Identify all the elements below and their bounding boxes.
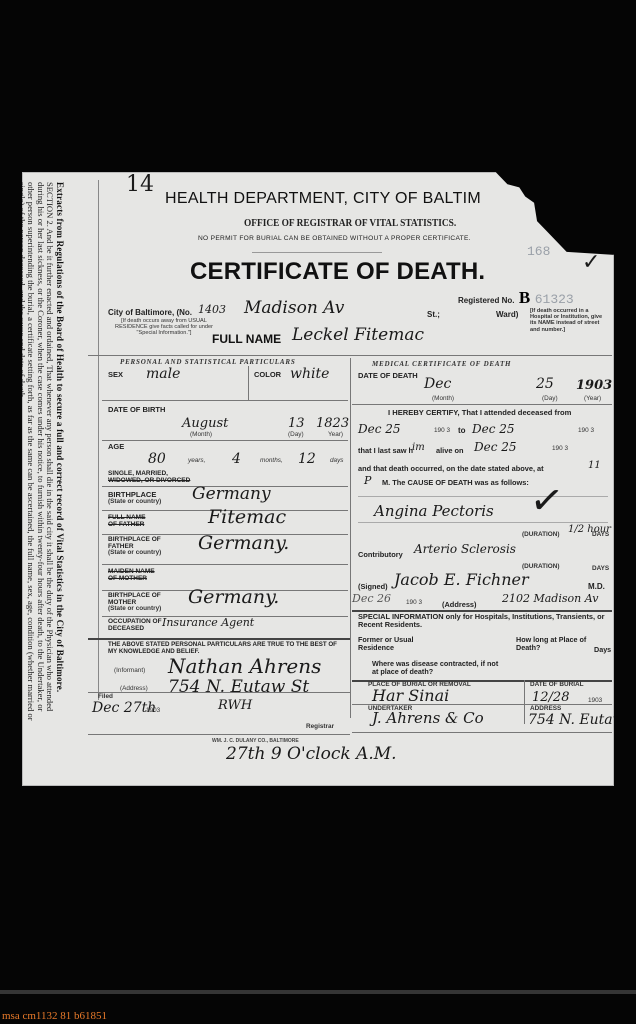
dob-month: August bbox=[182, 416, 228, 431]
father-label: FULL NAME OF FATHER bbox=[108, 514, 156, 528]
special-info-title: SPECIAL INFORMATION only for Hospitals, … bbox=[358, 613, 608, 629]
row-rule bbox=[88, 638, 350, 640]
dob-label: DATE OF BIRTH bbox=[108, 405, 165, 414]
row-rule bbox=[352, 732, 612, 733]
alive-on-label: alive on bbox=[436, 446, 464, 455]
age-label: AGE bbox=[108, 442, 124, 451]
physician-signature: Jacob E. Fichner bbox=[394, 570, 529, 589]
signed-label: (Signed) bbox=[358, 582, 388, 591]
md-label: M.D. bbox=[588, 582, 605, 591]
state-caption: (State or country) bbox=[108, 550, 168, 557]
sex-value: male bbox=[146, 366, 180, 382]
alive-year: 190 3 bbox=[552, 446, 568, 453]
medical-section-title: MEDICAL CERTIFICATE OF DEATH bbox=[372, 360, 511, 368]
birthplace-value: Germany bbox=[192, 484, 271, 504]
sex-label: SEX bbox=[108, 370, 123, 379]
filed-year: 1903 bbox=[146, 708, 160, 715]
former-residence-label: Former or Usual Residence bbox=[358, 636, 428, 652]
burial-date: 12/28 bbox=[532, 690, 569, 705]
dob-day: 13 bbox=[288, 416, 305, 431]
certify-text: I HEREBY CERTIFY, That I attended deceas… bbox=[388, 408, 571, 417]
day-caption: (Day) bbox=[542, 396, 558, 403]
death-certificate: Extracts from Regulations of the Board o… bbox=[22, 172, 614, 786]
attended-to-date: Dec 25 bbox=[472, 422, 515, 436]
burial-date-label: DATE OF BURIAL bbox=[530, 682, 584, 689]
cause-line bbox=[358, 496, 608, 497]
dod-month: Dec bbox=[424, 376, 451, 392]
away-note: [If death occurs away from USUAL RESIDEN… bbox=[114, 318, 214, 337]
day-caption: (Day) bbox=[288, 432, 304, 439]
archive-caption: msa cm1132 81 b61851 bbox=[2, 1010, 107, 1022]
attended-from-date: Dec 25 bbox=[358, 422, 401, 436]
regulations-title: Extracts from Regulations of the Board o… bbox=[54, 182, 64, 722]
state-caption: (State or country) bbox=[108, 606, 168, 613]
how-long-days: Days bbox=[594, 645, 611, 654]
occupation-value: Insurance Agent bbox=[162, 616, 254, 629]
row-rule bbox=[102, 564, 348, 565]
hospital-note: [If death occurred in a Hospital or Inst… bbox=[530, 308, 610, 333]
undertaker-name: J. Ahrens & Co bbox=[372, 709, 484, 727]
father-birthplace: Germany. bbox=[198, 532, 289, 554]
color-value: white bbox=[290, 366, 329, 382]
regulations-body: SECTION 2. And be it further enacted and… bbox=[16, 182, 54, 722]
duration-label: (DURATION) bbox=[522, 532, 560, 539]
office-heading: OFFICE OF REGISTRAR OF VITAL STATISTICS. bbox=[244, 217, 456, 229]
street: Madison Av bbox=[244, 298, 344, 318]
attended-from-year: 190 3 bbox=[434, 428, 450, 435]
last-saw-label: that I last saw h bbox=[358, 446, 413, 455]
cause-line bbox=[358, 522, 608, 523]
dod-day: 25 bbox=[536, 376, 554, 392]
ward-label: Ward) bbox=[496, 310, 518, 319]
dod-year: 1903 bbox=[576, 378, 612, 393]
birthplace-label: BIRTHPLACE (State or country) bbox=[108, 490, 161, 506]
corner-mark: 14 bbox=[126, 172, 154, 197]
city-label: City of Baltimore, (No. bbox=[108, 308, 192, 317]
occurred-label: and that death occurred, on the date sta… bbox=[358, 464, 544, 473]
occupation-label: OCCUPATION OF DECEASED bbox=[108, 618, 168, 632]
informant-name: Nathan Ahrens bbox=[168, 654, 321, 678]
undertaker-address: 754 N. Eutaw bbox=[528, 712, 625, 728]
full-name: Leckel Fitemac bbox=[292, 325, 424, 345]
how-long-label: How long at Place of Death? bbox=[516, 636, 596, 652]
marital-line2: WIDOWED, OR DIVORCED bbox=[108, 477, 190, 484]
row-rule bbox=[88, 734, 350, 735]
death-hour: 11 bbox=[588, 460, 601, 471]
to-label: to bbox=[458, 426, 466, 435]
mother-birthplace: Germany. bbox=[188, 586, 279, 608]
sidebar-divider bbox=[98, 180, 99, 700]
death-meridian: P bbox=[364, 474, 371, 487]
alive-date: Dec 25 bbox=[474, 440, 517, 454]
dob-year: 1823 bbox=[316, 416, 349, 431]
marital-label: SINGLE, MARRIED, WIDOWED, OR DIVORCED bbox=[108, 470, 190, 484]
burial-notice: NO PERMIT FOR BURIAL CAN BE OBTAINED WIT… bbox=[198, 235, 471, 242]
certificate-title: CERTIFICATE OF DEATH. bbox=[190, 258, 485, 286]
attended-to-year: 190 3 bbox=[578, 428, 594, 435]
large-check-mark: ✓ bbox=[527, 476, 567, 526]
duration-days-label: DAYS bbox=[592, 532, 609, 539]
mother-bp-caption: BIRTHPLACE OF MOTHER bbox=[108, 592, 168, 606]
cause-label: M. The CAUSE OF DEATH was as follows: bbox=[382, 478, 529, 487]
registered-number: Registered No. B 61323 bbox=[458, 288, 574, 308]
physician-address: 2102 Madison Av bbox=[502, 592, 598, 605]
department-heading: HEALTH DEPARTMENT, CITY OF BALTIM bbox=[165, 190, 481, 208]
age-days: 12 bbox=[298, 451, 316, 467]
row-rule bbox=[88, 692, 350, 693]
father-birthplace-label: BIRTHPLACE OF FATHER (State or country) bbox=[108, 536, 168, 557]
father-name: Fitemac bbox=[208, 506, 286, 528]
year-caption: Year) bbox=[328, 432, 343, 439]
address-label-placeholder: (Address) bbox=[442, 600, 477, 609]
contracted-label: Where was disease contracted, if not at … bbox=[372, 660, 502, 676]
stamp-number: 168 bbox=[527, 244, 550, 259]
duration-days-label-2: DAYS bbox=[592, 566, 609, 573]
header-rule bbox=[252, 252, 382, 253]
informant-address: 754 N. Eutaw St bbox=[168, 677, 309, 697]
contributory-cause: Arterio Sclerosis bbox=[414, 542, 516, 556]
marital-line1: SINGLE, MARRIED, bbox=[108, 470, 190, 477]
handwritten-annotation: 27th 9 O'clock A.M. bbox=[226, 744, 397, 764]
row-rule bbox=[352, 404, 612, 405]
age-years: 80 bbox=[148, 451, 166, 467]
father-bp-caption: BIRTHPLACE OF FATHER bbox=[108, 536, 168, 550]
signed-date: Dec 26 bbox=[352, 592, 391, 605]
month-caption: (Month) bbox=[190, 432, 212, 439]
mother-birthplace-label: BIRTHPLACE OF MOTHER (State or country) bbox=[108, 592, 168, 613]
dod-label: DATE OF DEATH bbox=[358, 371, 418, 380]
full-name-label: FULL NAME bbox=[212, 332, 281, 346]
year-caption: (Year) bbox=[584, 396, 601, 403]
registrar-initials: RWH bbox=[218, 698, 252, 713]
sex-color-divider bbox=[248, 366, 249, 400]
state-caption: (State or country) bbox=[108, 499, 161, 506]
years-caption: years, bbox=[188, 458, 205, 465]
informant-label: (Informant) bbox=[114, 668, 145, 675]
months-caption: months, bbox=[260, 458, 283, 465]
signed-year: 190 3 bbox=[406, 600, 422, 607]
contributory-label: Contributory bbox=[358, 550, 403, 559]
street-label: St.; bbox=[427, 310, 440, 319]
burial-place: Har Sinai bbox=[372, 686, 449, 705]
film-edge bbox=[0, 990, 636, 994]
days-caption: days bbox=[330, 458, 344, 465]
age-months: 4 bbox=[232, 451, 241, 467]
section-rule bbox=[88, 355, 612, 356]
cause-of-death: Angina Pectoris bbox=[374, 502, 494, 520]
registrar-label: Registrar bbox=[306, 724, 334, 731]
house-number: 1403 bbox=[198, 303, 226, 316]
column-divider bbox=[350, 358, 351, 718]
last-saw-pronoun: im bbox=[412, 442, 425, 453]
mother-label: MAIDEN NAME OF MOTHER bbox=[108, 568, 156, 582]
month-caption: (Month) bbox=[432, 396, 454, 403]
personal-section-title: PERSONAL AND STATISTICAL PARTICULARS bbox=[120, 358, 296, 366]
color-label: COLOR bbox=[254, 370, 281, 379]
burial-divider bbox=[524, 680, 525, 724]
check-mark: ✓ bbox=[582, 250, 600, 275]
row-rule bbox=[102, 400, 348, 401]
regulations-sidebar: Extracts from Regulations of the Board o… bbox=[22, 172, 92, 786]
row-rule bbox=[102, 440, 348, 441]
